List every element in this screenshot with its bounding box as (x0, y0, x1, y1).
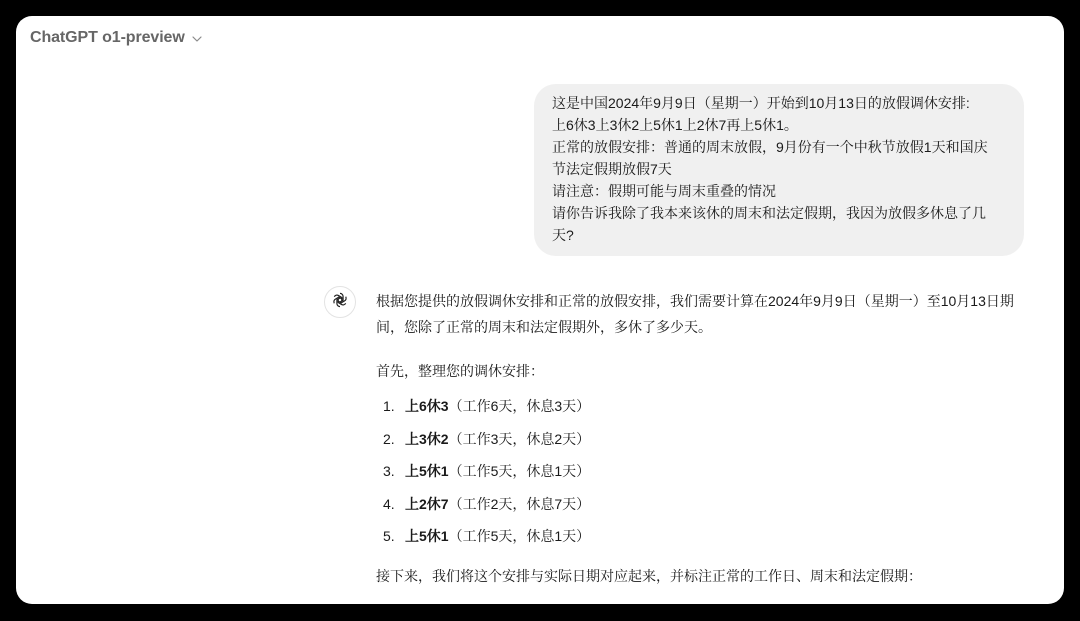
list-number: 2. (376, 423, 405, 456)
user-message-bubble: 这是中国2024年9月9日（星期一）开始到10月13日的放假调休安排: 上6休3… (534, 84, 1024, 256)
list-item-detail: （工作2天，休息7天） (449, 488, 591, 521)
user-message-line: 上6休3上3休2上5休1上2休7再上5休1。 (552, 114, 1006, 136)
list-item-detail: （工作5天，休息1天） (449, 520, 591, 553)
user-message-line: 这是中国2024年9月9日（星期一）开始到10月13日的放假调休安排: (552, 92, 1006, 114)
list-item: 2. 上3休2 （工作3天，休息2天） (376, 423, 1026, 456)
openai-logo-icon (331, 291, 349, 314)
next-paragraph: 接下来，我们将这个安排与实际日期对应起来，并标注正常的工作日、周末和法定假期： (376, 563, 1026, 589)
list-item: 4. 上2休7 （工作2天，休息7天） (376, 488, 1026, 521)
list-number: 4. (376, 488, 405, 521)
list-number: 5. (376, 520, 405, 553)
list-item: 5. 上5休1 （工作5天，休息1天） (376, 520, 1026, 553)
schedule-list: 1. 上6休3 （工作6天，休息3天） 2. 上3休2 （工作3天，休息2天） … (376, 390, 1026, 553)
list-item-bold: 上2休7 (405, 488, 449, 521)
intro-paragraph: 根据您提供的放假调休安排和正常的放假安排，我们需要计算在2024年9月9日（星期… (376, 288, 1026, 340)
list-item-bold: 上5休1 (405, 455, 449, 488)
list-item-detail: （工作3天，休息2天） (449, 423, 591, 456)
user-message-line: 正常的放假安排：普通的周末放假，9月份有一个中秋节放假1天和国庆 (552, 136, 1006, 158)
schedule-heading: 首先，整理您的调休安排： (376, 358, 1026, 384)
assistant-avatar (324, 286, 356, 318)
chevron-down-icon (191, 33, 203, 45)
list-item-detail: （工作5天，休息1天） (449, 455, 591, 488)
list-number: 3. (376, 455, 405, 488)
user-message-line: 请你告诉我除了我本来该休的周末和法定假期，我因为放假多休息了几 (552, 202, 1006, 224)
list-item: 1. 上6休3 （工作6天，休息3天） (376, 390, 1026, 423)
user-message-line: 天? (552, 224, 1006, 246)
list-item-bold: 上6休3 (405, 390, 449, 423)
assistant-reply: 根据您提供的放假调休安排和正常的放假安排，我们需要计算在2024年9月9日（星期… (376, 288, 1026, 589)
chat-window: ChatGPT o1-preview 这是中国2024年9月9日（星期一）开始到… (16, 16, 1064, 604)
model-name: ChatGPT o1-preview (30, 29, 185, 47)
list-item-bold: 上5休1 (405, 520, 449, 553)
list-number: 1. (376, 390, 405, 423)
user-message-line: 节法定假期放假7天 (552, 158, 1006, 180)
list-item: 3. 上5休1 （工作5天，休息1天） (376, 455, 1026, 488)
model-selector[interactable]: ChatGPT o1-preview (30, 26, 203, 50)
user-message-line: 请注意：假期可能与周末重叠的情况 (552, 180, 1006, 202)
list-item-bold: 上3休2 (405, 423, 449, 456)
list-item-detail: （工作6天，休息3天） (449, 390, 591, 423)
